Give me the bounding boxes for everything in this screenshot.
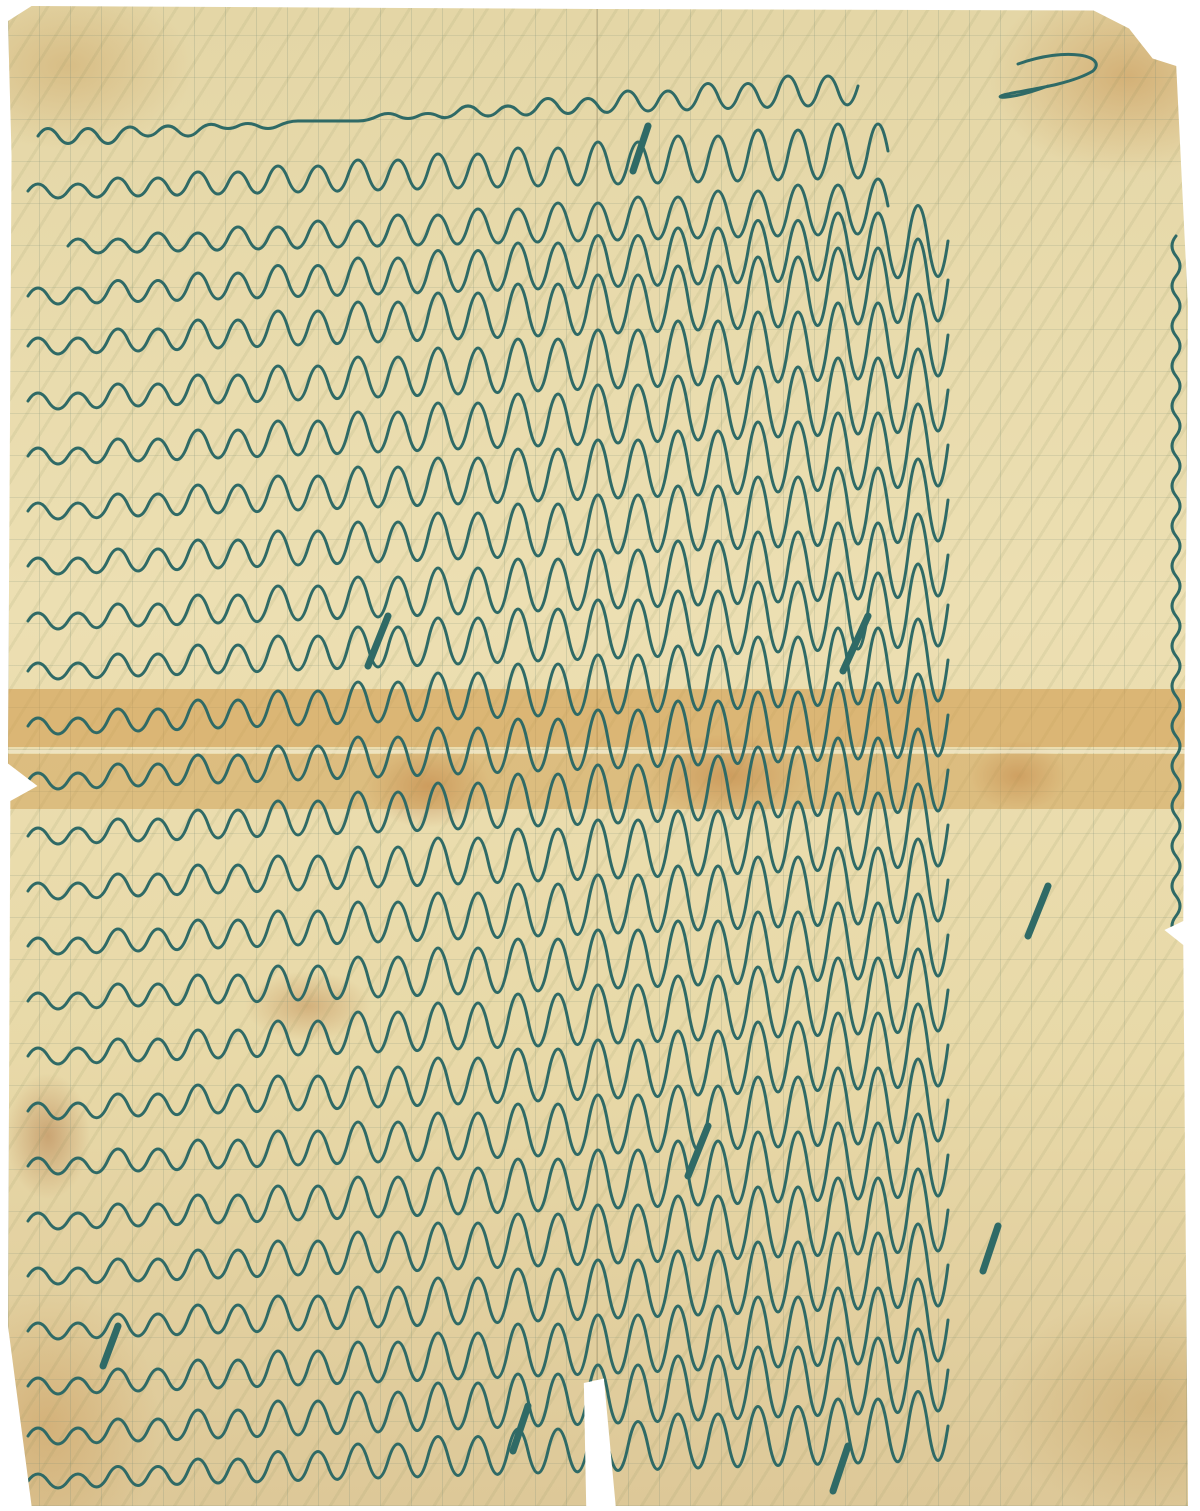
handwriting bbox=[8, 6, 1188, 1506]
heading-flourish bbox=[1000, 54, 1096, 97]
letter-paper bbox=[8, 6, 1188, 1506]
margin-writing-right bbox=[1172, 236, 1180, 936]
text-lines bbox=[28, 76, 948, 1488]
handwriting-strokes bbox=[8, 6, 1188, 1506]
